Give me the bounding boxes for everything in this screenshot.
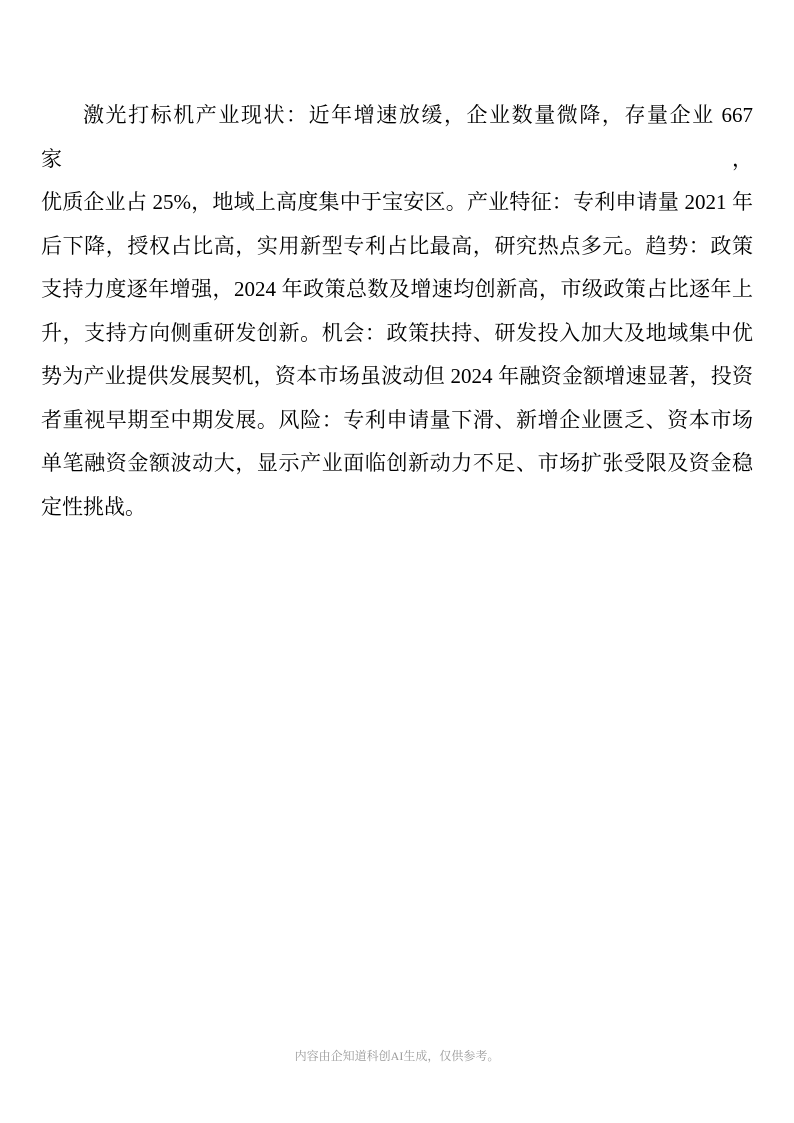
- paragraph-line: 升，支持方向侧重研发创新。机会：政策扶持、研发投入加大及地域集中优: [41, 312, 753, 356]
- paragraph-line: 者重视早期至中期发展。风险：专利申请量下滑、新增企业匮乏、资本市场: [41, 399, 753, 443]
- summary-paragraph: 激光打标机产业现状：近年增速放缓，企业数量微降，存量企业 667 家， 优质企业…: [41, 94, 753, 529]
- paragraph-line: 势为产业提供发展契机，资本市场虽波动但 2024 年融资金额增速显著，投资: [41, 355, 753, 399]
- document-page: 激光打标机产业现状：近年增速放缓，企业数量微降，存量企业 667 家， 优质企业…: [0, 0, 794, 1123]
- paragraph-line: 支持力度逐年增强，2024 年政策总数及增速均创新高，市级政策占比逐年上: [41, 268, 753, 312]
- paragraph-line: 单笔融资金额波动大，显示产业面临创新动力不足、市场扩张受限及资金稳: [41, 442, 753, 486]
- paragraph-line: 优质企业占 25%，地域上高度集中于宝安区。产业特征：专利申请量 2021 年: [41, 181, 753, 225]
- paragraph-line: 定性挑战。: [41, 486, 753, 530]
- paragraph-line: 后下降，授权占比高，实用新型专利占比最高，研究热点多元。趋势：政策: [41, 225, 753, 269]
- paragraph-line: 激光打标机产业现状：近年增速放缓，企业数量微降，存量企业 667 家，: [41, 94, 753, 181]
- footer-disclaimer: 内容由企知道科创AI生成，仅供参考。: [0, 1048, 794, 1064]
